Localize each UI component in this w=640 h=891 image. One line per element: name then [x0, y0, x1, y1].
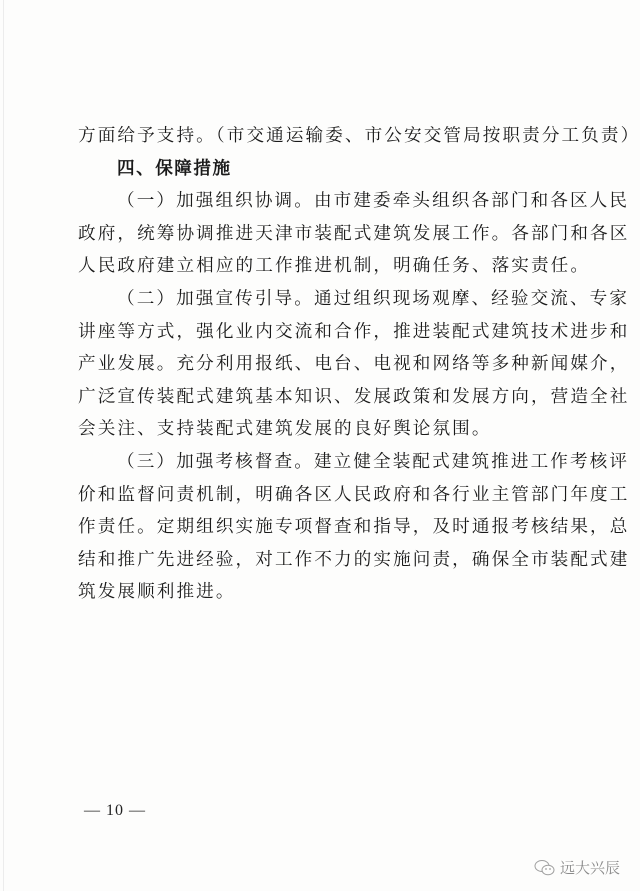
section-heading: 四、保障措施: [78, 153, 550, 186]
text-line: 广泛宣传装配式建筑基本知识、发展政策和发展方向，营造全社: [78, 381, 550, 414]
text-line: 会关注、支持装配式建筑发展的良好舆论氛围。: [78, 413, 550, 446]
page-number: — 10 —: [84, 802, 146, 820]
text-line: 产业发展。充分利用报纸、电台、电视和网络等多种新闻媒介，: [78, 348, 550, 381]
text-line: 方面给予支持。（市交通运输委、市公安交管局按职责分工负责）: [78, 120, 550, 153]
text-line: （三）加强考核督查。建立健全装配式建筑推进工作考核评: [78, 446, 550, 479]
text-line: （二）加强宣传引导。通过组织现场观摩、经验交流、专家: [78, 283, 550, 316]
text-line: 筑发展顺利推进。: [78, 576, 550, 609]
document-body: 方面给予支持。（市交通运输委、市公安交管局按职责分工负责） 四、保障措施 （一）…: [78, 120, 550, 609]
text-line: 人民政府建立相应的工作推进机制，明确任务、落实责任。: [78, 250, 550, 283]
watermark: 远大兴辰: [534, 857, 620, 878]
page-edge: [3, 0, 4, 891]
text-line: 作责任。定期组织实施专项督查和指导，及时通报考核结果，总: [78, 511, 550, 544]
text-line: 讲座等方式，强化业内交流和合作，推进装配式建筑技术进步和: [78, 316, 550, 349]
text-line: 政府，统筹协调推进天津市装配式建筑发展工作。各部门和各区: [78, 218, 550, 251]
text-line: （一）加强组织协调。由市建委牵头组织各部门和各区人民: [78, 185, 550, 218]
text-line: 价和监督问责机制，明确各区人民政府和各行业主管部门年度工: [78, 479, 550, 512]
wechat-icon: [534, 859, 556, 877]
text-line: 结和推广先进经验，对工作不力的实施问责，确保全市装配式建: [78, 544, 550, 577]
watermark-text: 远大兴辰: [560, 857, 620, 878]
